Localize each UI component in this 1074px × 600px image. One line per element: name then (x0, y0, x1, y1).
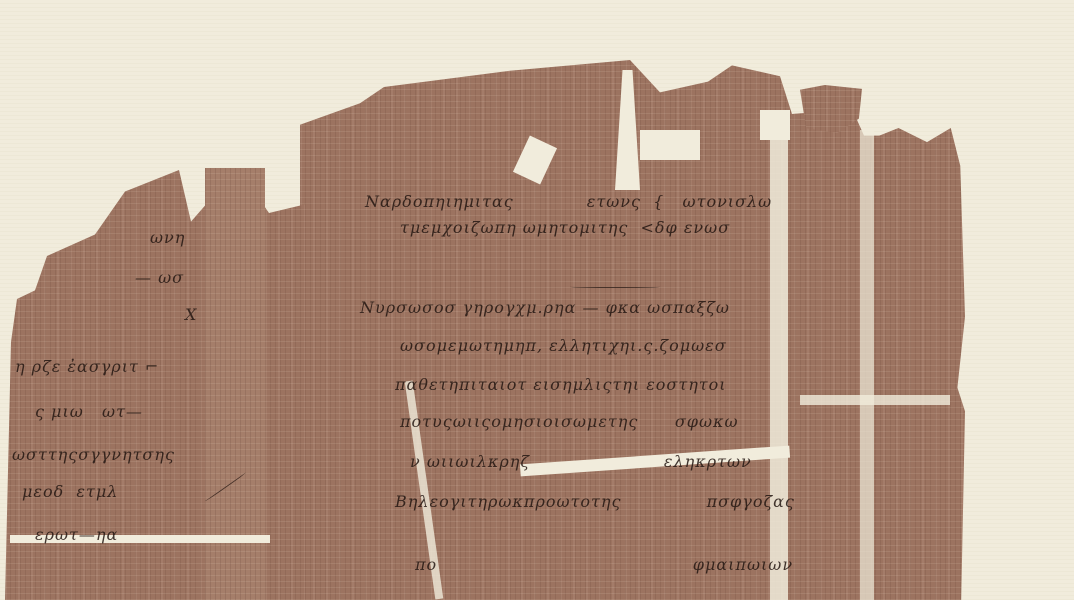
script-line: Βηλεογιτηρωκπροωτοτης πσφγοζας (395, 492, 795, 511)
script-line: τμεμχοιζωπη ωμητομιτης <δφ ενωσ (400, 218, 730, 237)
script-line: ς μιω ωτ— (35, 402, 143, 421)
papyrus-right-piece (870, 128, 965, 600)
script-line: Νυρσωσοσ γηρογχμ.ρηα — φκα ωσπαξζω (360, 298, 730, 317)
script-line: ωσομεμωτημηπ, ελλητιχηι.ς.ζομωεσ (400, 336, 727, 355)
tear-gap (640, 130, 700, 160)
script-line: πο φμαιπωιων (415, 555, 793, 574)
script-line: ωνη (150, 228, 185, 247)
script-line: η ρζε ἐασγριτ ⌐ (15, 357, 159, 376)
photo-background: Ναρδοπηιημιτας ετωνς { ωτονισλω τμεμχοιζ… (0, 0, 1074, 600)
script-line: ποτυςωιιςομησιοισωμετης σφωκω (400, 412, 739, 431)
tear-gap (760, 110, 790, 140)
script-line: Ναρδοπηιημιτας ετωνς { ωτονισλω (365, 192, 772, 211)
papyrus-main-body (300, 60, 900, 600)
tear-gap (860, 130, 874, 600)
script-line: ερωτ—ηα (35, 525, 118, 544)
script-line: — ωσ (135, 268, 184, 287)
tear-gap (770, 140, 788, 600)
script-line: Χ (185, 305, 197, 324)
script-line: μεοδ ετμλ (22, 482, 118, 501)
script-line: παθετηπιταιοτ εισημλιςτηι εοστητοι (395, 375, 727, 394)
tear-gap (800, 395, 950, 405)
script-line: ωσττηςσγγνητσης (12, 445, 175, 464)
script-line: ν ωιιωιλκρηζ εληκρτων (410, 452, 752, 471)
ink-stroke (570, 285, 660, 288)
